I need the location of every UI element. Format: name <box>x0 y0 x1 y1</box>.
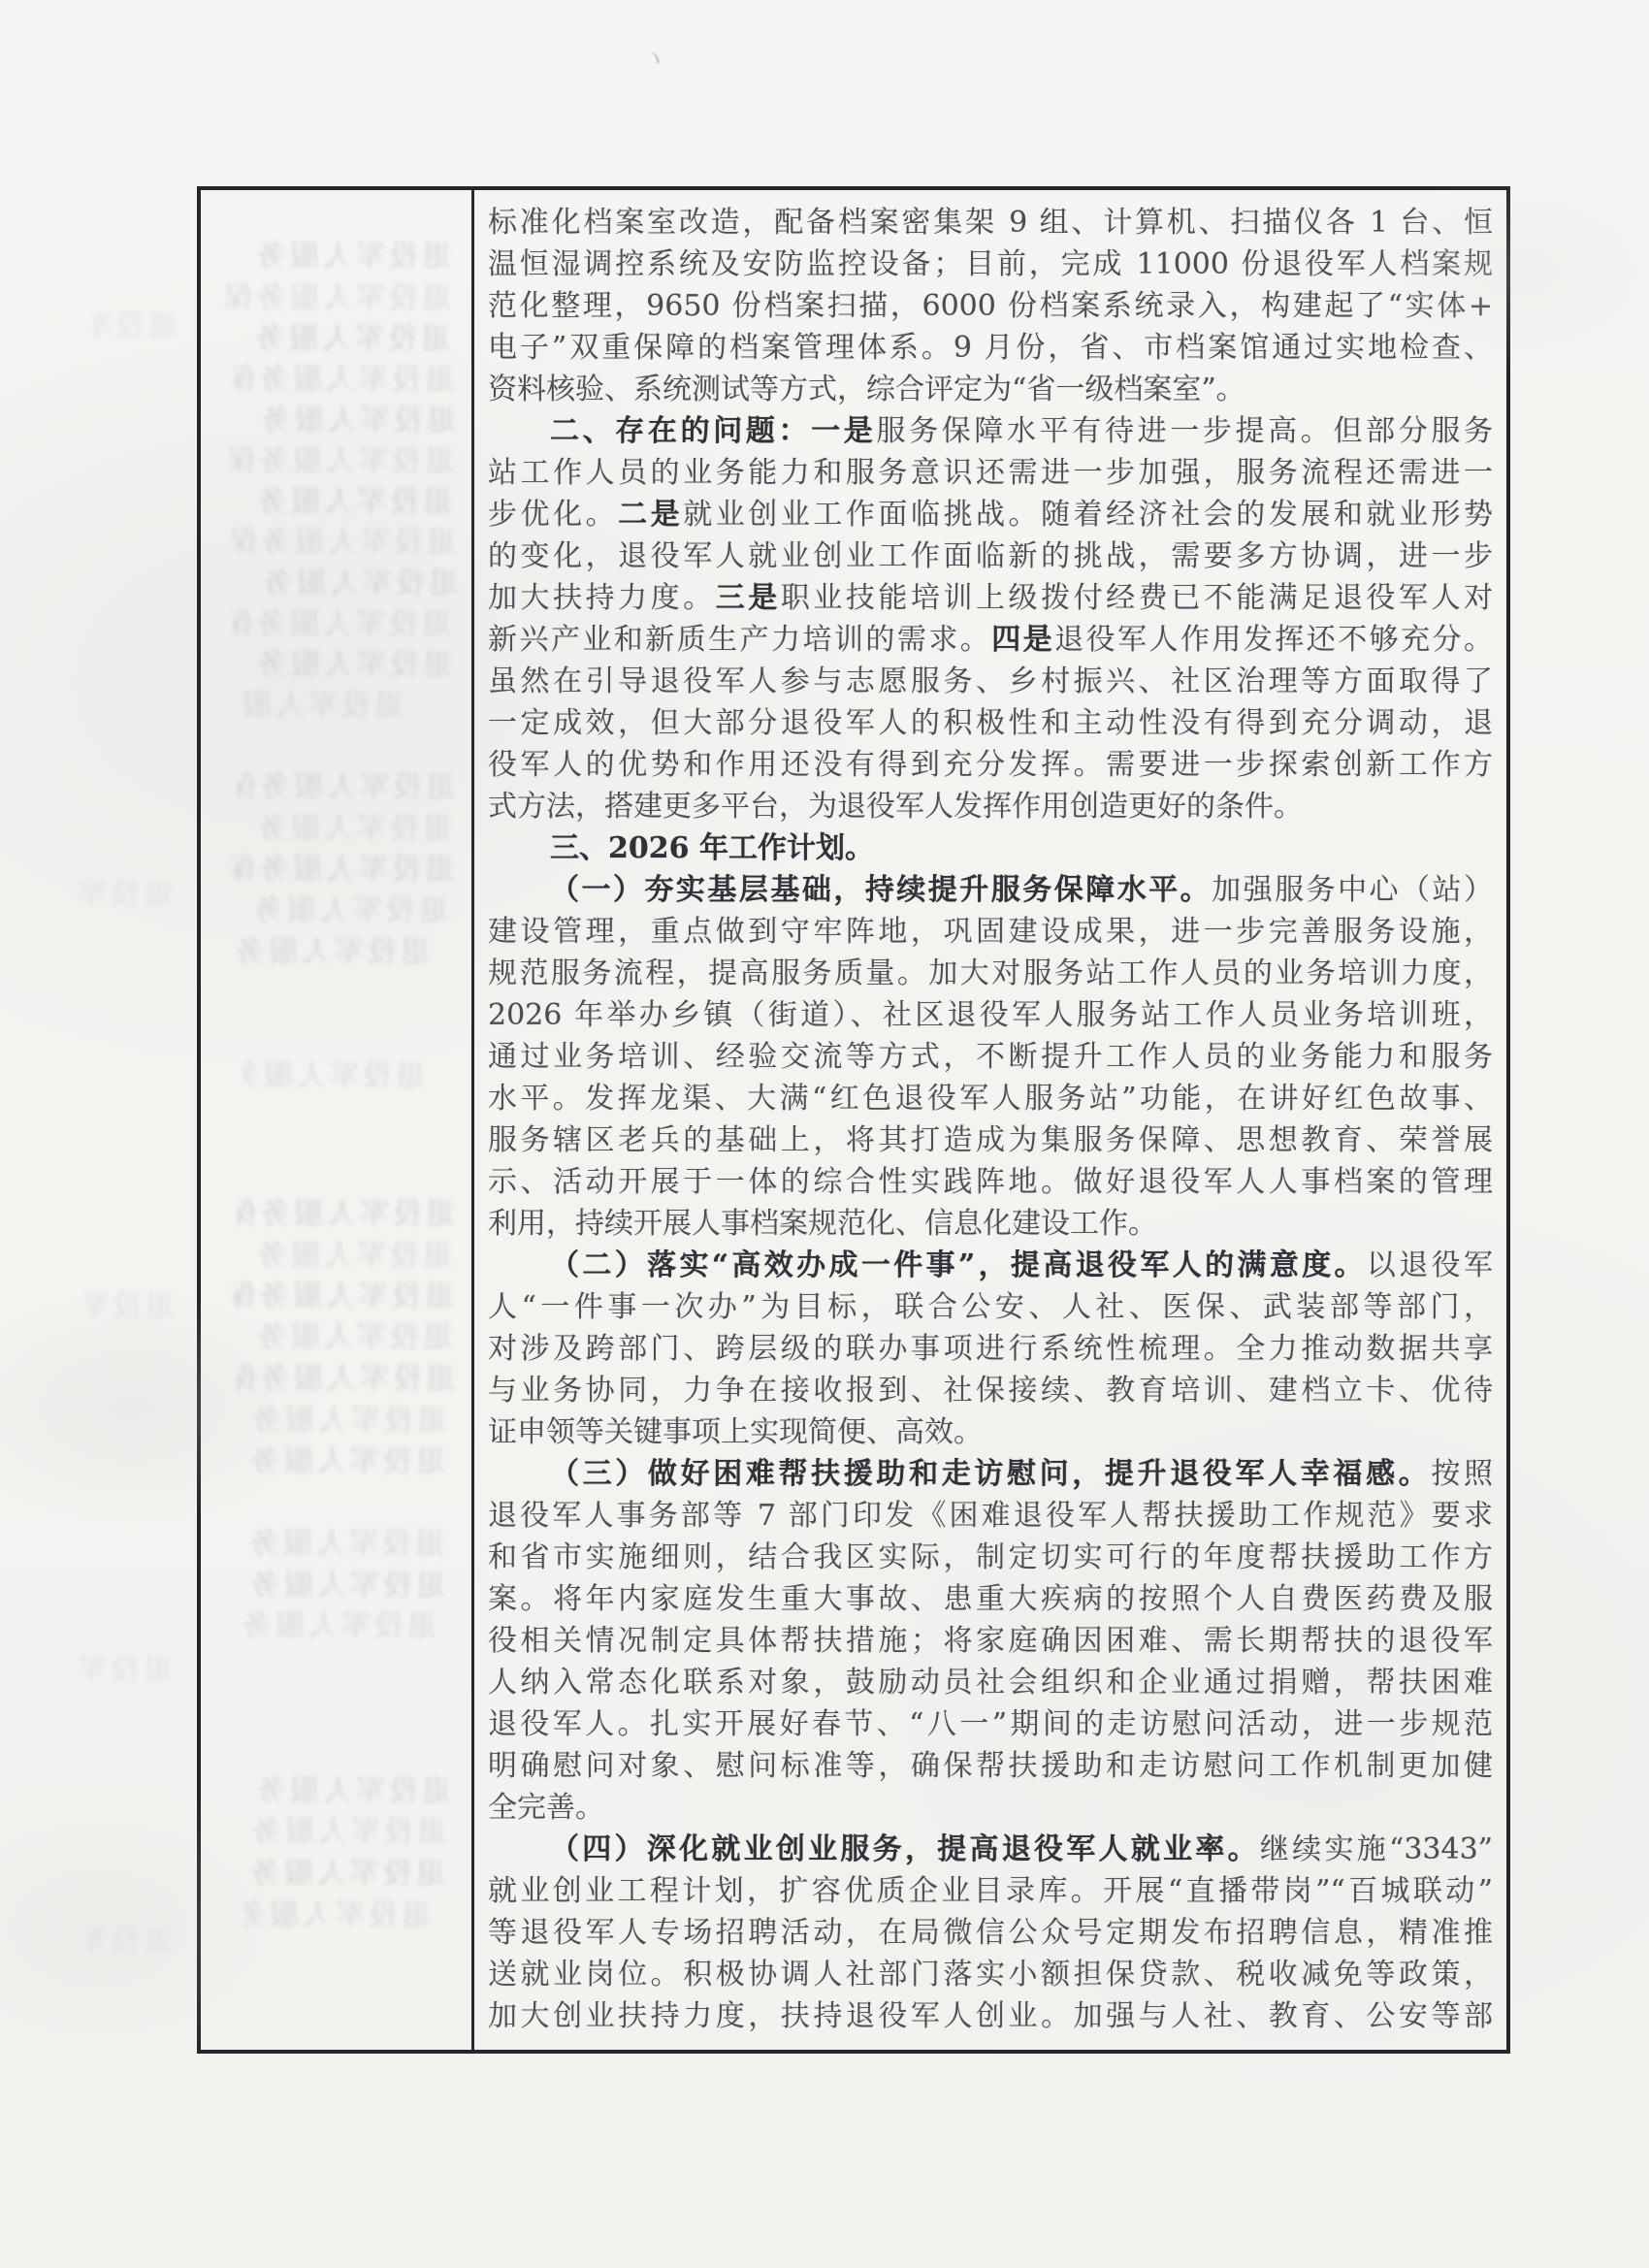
text-line: 人“一件事一次办”为目标，联合公安、人社、医保、武装部等部门， <box>488 1286 1493 1328</box>
text-segment: 职业技能培训上级拨付经费已不能满足退役军人对 <box>781 581 1493 615</box>
text-segment: 电子”双重保障的档案管理体系。9 月份，省、市档案馆通过实地检查、 <box>488 331 1493 365</box>
text-line: 对涉及跨部门、跨层级的联办事项进行系统性梳理。全力推动数据共享 <box>488 1328 1493 1370</box>
text-line: 通过业务培训、经验交流等方式，不断提升工作人员的业务能力和服务 <box>488 1036 1493 1078</box>
text-line: 范化整理，9650 份档案扫描，6000 份档案系统录入，构建起了“实体+ <box>488 285 1493 327</box>
text-segment: 温恒湿调控系统及安防监控设备；目前，完成 11000 份退役军人档案规 <box>488 247 1493 281</box>
text-line: 一定成效，但大部分退役军人的积极性和主动性没有得到充分调动，退 <box>488 702 1493 744</box>
text-segment: 以退役军 <box>1367 1248 1493 1282</box>
bleedthrough-mark: 退役军 <box>92 310 178 345</box>
text-segment: 建设管理，重点做到守牢阵地，巩固建设成果，进一步完善服务设施， <box>488 915 1493 949</box>
text-segment: 就业创业工作面临挑战。随着经济社会的发展和就业形势 <box>683 498 1493 532</box>
text-line: 送就业岗位。积极协调人社部门落实小额担保贷款、税收减免等政策， <box>488 1954 1493 1995</box>
text-segment: 明确慰问对象、慰问标准等，确保帮扶援助和走访慰问工作机制更加健 <box>488 1749 1493 1783</box>
text-line: 服务辖区老兵的基础上，将其打造成为集服务保障、思想教育、荣誉展 <box>488 1119 1493 1161</box>
text-line: 三、2026 年工作计划。 <box>488 827 1493 869</box>
bleedthrough-mark: 退役军 <box>85 1290 175 1325</box>
text-line: 电子”双重保障的档案管理体系。9 月份，省、市档案馆通过实地检查、 <box>488 327 1493 369</box>
bold-text-segment: （三）做好困难帮扶援助和走访慰问，提升退役军人幸福感。 <box>550 1457 1431 1491</box>
bold-text-segment: 二、存在的问题： <box>550 414 811 448</box>
text-line: 利用，持续开展人事档案规范化、信息化建设工作。 <box>488 1203 1493 1245</box>
text-line: 役军人的优势和作用还没有得到充分发挥。需要进一步探索创新工作方 <box>488 744 1493 786</box>
text-line: 规范服务流程，提高服务质量。加大对服务站工作人员的业务培训力度， <box>488 953 1493 994</box>
bleedthrough-mark: 退役军 <box>87 1926 173 1960</box>
text-segment: 役军人的优势和作用还没有得到充分发挥。需要进一步探索创新工作方 <box>488 748 1493 782</box>
text-segment: 式方法，搭建更多平台，为退役军人发挥作用创造更好的条件。 <box>488 790 1303 824</box>
text-line: （一）夯实基层基础，持续提升服务保障水平。加强服务中心（站） <box>488 869 1493 911</box>
bleedthrough-mark: 退役军 <box>78 878 173 913</box>
text-line: 明确慰问对象、慰问标准等，确保帮扶援助和走访慰问工作机制更加健 <box>488 1745 1493 1787</box>
text-line: 与业务协同，力争在接收报到、社保接续、教育培训、建档立卡、优待 <box>488 1370 1493 1411</box>
bold-text-segment: 二是 <box>618 498 683 532</box>
bold-text-segment: 一是 <box>811 414 876 448</box>
text-segment: 人纳入常态化联系对象，鼓励动员社会组织和企业通过捐赠，帮扶困难 <box>488 1666 1493 1700</box>
label-cell <box>201 190 474 2050</box>
text-line: 加大创业扶持力度，扶持退役军人创业。加强与人社、教育、公安等部 <box>488 1995 1493 2037</box>
text-segment: 通过业务培训、经验交流等方式，不断提升工作人员的业务能力和服务 <box>488 1040 1493 1074</box>
text-segment: 服务辖区老兵的基础上，将其打造成为集服务保障、思想教育、荣誉展 <box>488 1123 1493 1157</box>
text-segment: 的变化，退役军人就业创业工作面临新的挑战，需要多方协调，进一步 <box>488 539 1493 573</box>
text-segment: 服务保障水平有待进一步提高。但部分服务 <box>876 414 1493 448</box>
text-segment: 和省市实施细则，结合我区实际，制定切实可行的年度帮扶援助工作方 <box>488 1540 1493 1574</box>
text-segment: 等退役军人专场招聘活动，在局微信公众号定期发布招聘信息，精准推 <box>488 1916 1493 1950</box>
text-segment: 加大创业扶持力度，扶持退役军人创业。加强与人社、教育、公安等部 <box>488 1999 1493 2033</box>
text-segment: 对涉及跨部门、跨层级的联办事项进行系统性梳理。全力推动数据共享 <box>488 1332 1493 1366</box>
text-line: 新兴产业和新质生产力培训的需求。四是退役军人作用发挥还不够充分。 <box>488 619 1493 661</box>
text-segment: 案。将年内家庭发生重大事故、患重大疾病的按照个人自费医药费及服 <box>488 1582 1493 1616</box>
text-line: 和省市实施细则，结合我区实际，制定切实可行的年度帮扶援助工作方 <box>488 1537 1493 1578</box>
text-segment: 全完善。 <box>488 1791 604 1825</box>
text-segment: 资料核验、系统测试等方式，综合评定为“省一级档案室”。 <box>488 373 1245 406</box>
text-segment: 继续实施“3343” <box>1260 1832 1493 1866</box>
text-line: 二、存在的问题：一是服务保障水平有待进一步提高。但部分服务 <box>488 410 1493 452</box>
text-line: 2026 年举办乡镇（街道）、社区退役军人服务站工作人员业务培训班， <box>488 994 1493 1036</box>
bold-text-segment: 四是 <box>991 623 1054 657</box>
text-segment: 站工作人员的业务能力和服务意识还需进一步加强，服务流程还需进一 <box>488 456 1493 490</box>
text-segment: 加强服务中心（站） <box>1212 873 1493 907</box>
text-line: 就业创业工程计划，扩容优质企业目录库。开展“直播带岗”“百城联动” <box>488 1870 1493 1912</box>
text-line: 虽然在引导退役军人参与志愿服务、乡村振兴、社区治理等方面取得了 <box>488 661 1493 702</box>
text-line: 退役军人事务部等 7 部门印发《困难退役军人帮扶援助工作规范》要求 <box>488 1495 1493 1537</box>
text-segment: 利用，持续开展人事档案规范化、信息化建设工作。 <box>488 1207 1157 1241</box>
text-line: 等退役军人专场招聘活动，在局微信公众号定期发布招聘信息，精准推 <box>488 1912 1493 1954</box>
text-segment: 虽然在引导退役军人参与志愿服务、乡村振兴、社区治理等方面取得了 <box>488 664 1493 698</box>
text-segment: 退役军人作用发挥还不够充分。 <box>1054 623 1493 657</box>
text-line: （四）深化就业创业服务，提高退役军人就业率。继续实施“3343” <box>488 1829 1493 1870</box>
text-line: 案。将年内家庭发生重大事故、患重大疾病的按照个人自费医药费及服 <box>488 1578 1493 1620</box>
text-segment: 水平。发挥龙渠、大满“红色退役军人服务站”功能，在讲好红色故事、 <box>488 1082 1493 1116</box>
text-line: 全完善。 <box>488 1787 1493 1829</box>
text-line: 资料核验、系统测试等方式，综合评定为“省一级档案室”。 <box>488 369 1493 410</box>
text-segment: 送就业岗位。积极协调人社部门落实小额担保贷款、税收减免等政策， <box>488 1958 1493 1992</box>
text-line: 证申领等关键事项上实现简便、高效。 <box>488 1411 1493 1453</box>
bold-text-segment: （一）夯实基层基础，持续提升服务保障水平。 <box>550 873 1212 907</box>
content-cell: 标准化档案室改造，配备档案密集架 9 组、计算机、扫描仪各 1 台、恒温恒湿调控… <box>474 190 1506 2050</box>
text-line: 人纳入常态化联系对象，鼓励动员社会组织和企业通过捐赠，帮扶困难 <box>488 1662 1493 1703</box>
text-segment: 按照 <box>1431 1457 1493 1491</box>
text-segment: 加大扶持力度。 <box>488 581 716 615</box>
text-segment: 新兴产业和新质生产力培训的需求。 <box>488 623 991 657</box>
text-line: 式方法，搭建更多平台，为退役军人发挥作用创造更好的条件。 <box>488 786 1493 827</box>
text-segment: 示、活动开展于一体的综合性实践阵地。做好退役军人人事档案的管理 <box>488 1165 1493 1199</box>
text-line: 示、活动开展于一体的综合性实践阵地。做好退役军人人事档案的管理 <box>488 1161 1493 1203</box>
scanned-document-page: 退役军人服务退役军人服务保退役军人服务退役军人服务保退役军人服务退役军人服务保退… <box>0 0 1649 2268</box>
text-segment: 范化整理，9650 份档案扫描，6000 份档案系统录入，构建起了“实体+ <box>488 289 1493 323</box>
bleedthrough-mark: 退役军 <box>80 1654 173 1689</box>
text-segment: 标准化档案室改造，配备档案密集架 9 组、计算机、扫描仪各 1 台、恒 <box>488 206 1493 240</box>
text-segment: 与业务协同，力争在接收报到、社保接续、教育培训、建档立卡、优待 <box>488 1374 1493 1408</box>
text-line: 役相关情况制定具体帮扶措施；将家庭确因困难、需长期帮扶的退役军 <box>488 1620 1493 1662</box>
text-line: 水平。发挥龙渠、大满“红色退役军人服务站”功能，在讲好红色故事、 <box>488 1078 1493 1119</box>
report-table: 标准化档案室改造，配备档案密集架 9 组、计算机、扫描仪各 1 台、恒温恒湿调控… <box>197 186 1510 2054</box>
text-segment: 2026 年举办乡镇（街道）、社区退役军人服务站工作人员业务培训班， <box>488 998 1493 1032</box>
text-segment: 一定成效，但大部分退役军人的积极性和主动性没有得到充分调动，退 <box>488 706 1493 740</box>
bold-text-segment: （四）深化就业创业服务，提高退役军人就业率。 <box>550 1832 1260 1866</box>
text-segment: 人“一件事一次办”为目标，联合公安、人社、医保、武装部等部门， <box>488 1290 1493 1324</box>
text-segment: 规范服务流程，提高服务质量。加大对服务站工作人员的业务培训力度， <box>488 956 1493 990</box>
pen-mark: 丶 <box>638 36 673 79</box>
bold-text-segment: 三、2026 年工作计划。 <box>550 831 874 865</box>
text-line: 的变化，退役军人就业创业工作面临新的挑战，需要多方协调，进一步 <box>488 535 1493 577</box>
text-line: 建设管理，重点做到守牢阵地，巩固建设成果，进一步完善服务设施， <box>488 911 1493 953</box>
text-line: （三）做好困难帮扶援助和走访慰问，提升退役军人幸福感。按照 <box>488 1453 1493 1495</box>
text-segment: 退役军人事务部等 7 部门印发《困难退役军人帮扶援助工作规范》要求 <box>488 1499 1493 1533</box>
bold-text-segment: （二）落实“高效办成一件事”，提高退役军人的满意度。 <box>550 1248 1367 1282</box>
bold-text-segment: 三是 <box>716 581 781 615</box>
text-segment: 役相关情况制定具体帮扶措施；将家庭确因困难、需长期帮扶的退役军 <box>488 1624 1493 1658</box>
text-line: 退役军人。扎实开展好春节、“八一”期间的走访慰问活动，进一步规范 <box>488 1703 1493 1745</box>
text-line: （二）落实“高效办成一件事”，提高退役军人的满意度。以退役军 <box>488 1245 1493 1286</box>
text-segment: 步优化。 <box>488 498 618 532</box>
text-line: 温恒湿调控系统及安防监控设备；目前，完成 11000 份退役军人档案规 <box>488 243 1493 285</box>
text-line: 标准化档案室改造，配备档案密集架 9 组、计算机、扫描仪各 1 台、恒 <box>488 202 1493 243</box>
text-segment: 证申领等关键事项上实现简便、高效。 <box>488 1415 983 1449</box>
text-line: 站工作人员的业务能力和服务意识还需进一步加强，服务流程还需进一 <box>488 452 1493 494</box>
text-segment: 就业创业工程计划，扩容优质企业目录库。开展“直播带岗”“百城联动” <box>488 1874 1493 1908</box>
text-segment: 退役军人。扎实开展好春节、“八一”期间的走访慰问活动，进一步规范 <box>488 1707 1493 1741</box>
text-line: 加大扶持力度。三是职业技能培训上级拨付经费已不能满足退役军人对 <box>488 577 1493 619</box>
text-line: 步优化。二是就业创业工作面临挑战。随着经济社会的发展和就业形势 <box>488 494 1493 535</box>
